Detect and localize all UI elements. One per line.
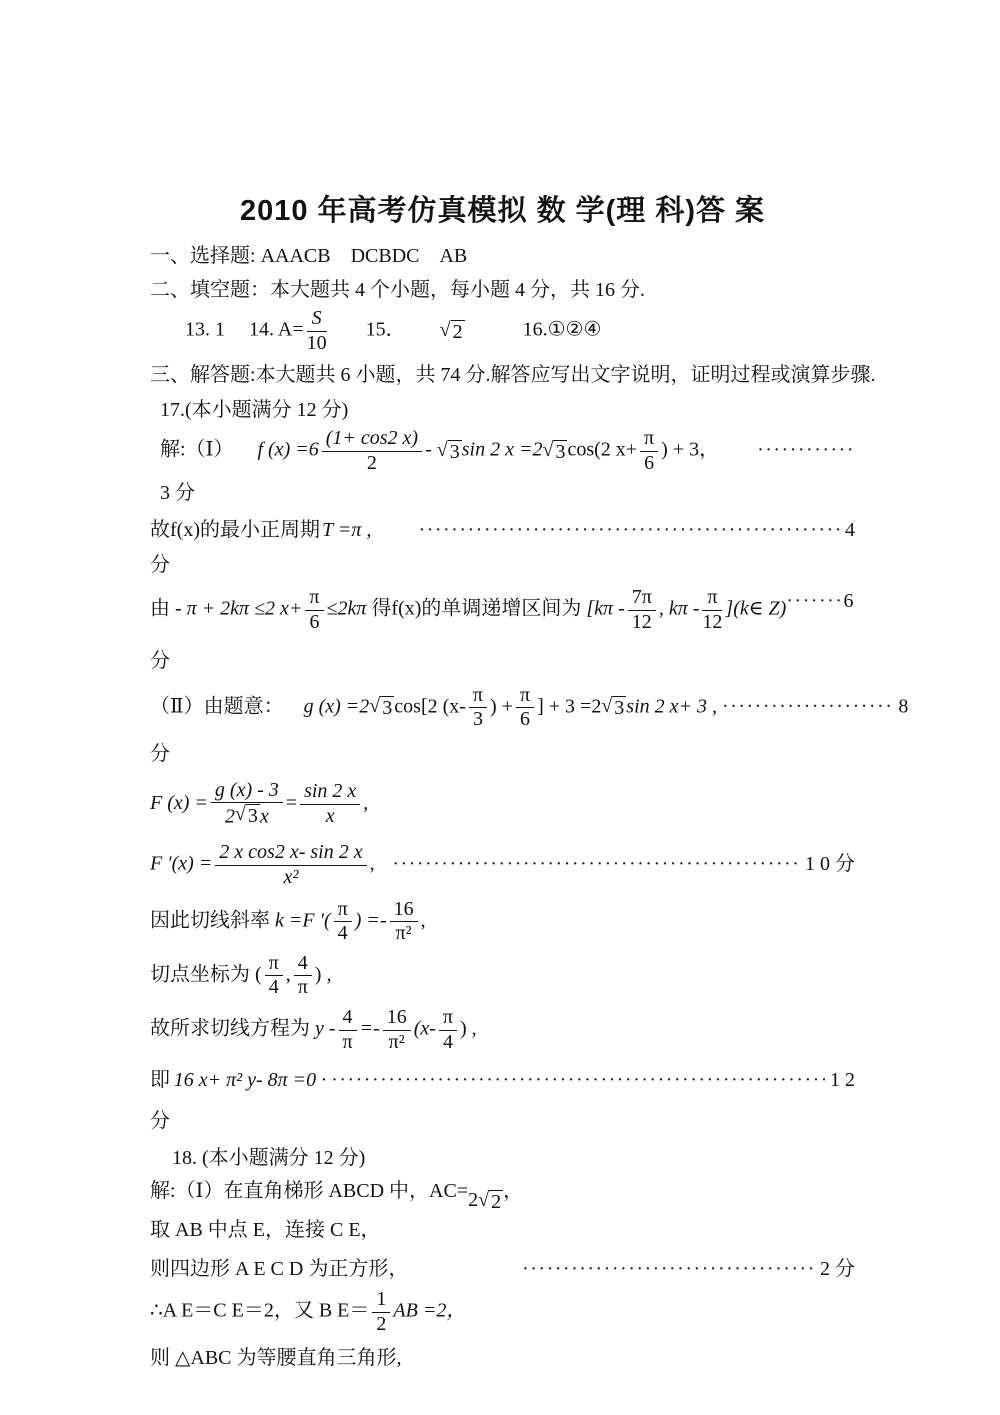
math-run: 2 bbox=[225, 806, 235, 828]
page-title: 2010 年高考仿真模拟 数 学(理 科)答 案 bbox=[150, 188, 855, 229]
sqrt-expression: √3 bbox=[601, 696, 626, 720]
answer-13: 13. 1 bbox=[185, 319, 225, 341]
leader-dots: ········································… bbox=[419, 519, 840, 541]
frac-den: 6 bbox=[516, 708, 534, 731]
fraction: S10 bbox=[307, 308, 327, 354]
math-run: ( bbox=[255, 963, 262, 985]
math-run: ) + 3， bbox=[661, 439, 719, 461]
sqrt-expression: √3 bbox=[542, 440, 567, 464]
q18-line1: 解:（Ⅰ）在直角梯形 ABCD 中，AC=2√2， bbox=[150, 1178, 855, 1205]
frac-num: 1 bbox=[372, 1289, 390, 1313]
frac-den: x bbox=[300, 805, 360, 828]
score-label: 6 bbox=[843, 590, 853, 612]
sqrt-radicand: 3 bbox=[246, 804, 260, 828]
q17-step2-line: （Ⅱ）由题意： g (x) =2√3cos[2 (x-π3) +π6] + 3 … bbox=[150, 685, 855, 731]
document-page: 2010 年高考仿真模拟 数 学(理 科)答 案 一、选择题: AAACB DC… bbox=[0, 0, 1000, 1372]
q17-fen: 分 bbox=[150, 648, 855, 675]
math-run: , bbox=[286, 963, 291, 985]
fraction: π4 bbox=[334, 899, 352, 945]
coefficient: 2 bbox=[468, 1189, 478, 1211]
text-run: 由 bbox=[150, 598, 170, 620]
math-run: ] + 3 =2 bbox=[537, 695, 601, 717]
math-run: AB =2， bbox=[393, 1300, 466, 1322]
sqrt-symbol: √ bbox=[478, 1190, 489, 1211]
leader-dots: ········································… bbox=[522, 1258, 815, 1280]
fraction: π6 bbox=[305, 587, 323, 633]
frac-num: π bbox=[265, 953, 283, 977]
math-run: sin 2 x+ 3 , bbox=[626, 695, 717, 717]
frac-den: 10 bbox=[307, 332, 327, 355]
q17-fen: 分 bbox=[150, 552, 855, 579]
math-run: ) , bbox=[315, 963, 332, 985]
math-run: ≤2kπ bbox=[327, 598, 367, 620]
frac-den: 12 bbox=[702, 611, 722, 634]
sqrt-expression: √3 bbox=[437, 440, 462, 464]
math-run: cos(2 x+ bbox=[567, 439, 637, 461]
sqrt-symbol: √ bbox=[542, 440, 553, 461]
math-operator: = bbox=[286, 792, 297, 814]
score-label: 2 分 bbox=[820, 1252, 855, 1281]
frac-num: (1+ cos2 x) bbox=[322, 428, 422, 452]
fraction: π3 bbox=[469, 685, 487, 731]
fill-label: 二、填空题： bbox=[150, 279, 270, 301]
q17-final-line: 即 16 x+ π² y- 8π =0 · ··················… bbox=[150, 1063, 855, 1092]
q17-point-line: 切点坐标为 (π4,4π) , bbox=[150, 953, 855, 999]
q17-step1-line: 解:（Ⅰ） f (x) =6(1+ cos2 x)2- √3sin 2 x =2… bbox=[150, 428, 855, 474]
q18-line5: 则 △ABC 为等腰直角三角形, bbox=[150, 1345, 855, 1372]
q17-header-text: 17.(本小题满分 12 分) bbox=[160, 399, 348, 421]
score-label: 4 bbox=[845, 519, 855, 542]
frac-num: π bbox=[305, 587, 323, 611]
text-run: 即 bbox=[150, 1063, 170, 1092]
math-run: ) =- bbox=[355, 909, 387, 931]
answer-14-label: 14. A= bbox=[249, 319, 304, 341]
frac-den: 12 bbox=[628, 611, 656, 634]
frac-num: π bbox=[334, 899, 352, 923]
math-run: - π + 2kπ ≤2 x+ bbox=[175, 598, 302, 620]
score-unit: 分 bbox=[150, 650, 170, 672]
frac-den: 3 bbox=[469, 708, 487, 731]
math-run: , bbox=[421, 909, 426, 931]
text-run: 解:（Ⅰ）在直角梯形 ABCD 中，AC= bbox=[150, 1180, 468, 1202]
frac-num: 16 bbox=[383, 1007, 411, 1031]
frac-den: 4 bbox=[439, 1031, 457, 1054]
fraction: 2 x cos2 x- sin 2 xx² bbox=[215, 842, 366, 888]
frac-num: π bbox=[640, 428, 658, 452]
text-run: 因此切线斜率 bbox=[150, 909, 270, 931]
math-run: T =π , bbox=[322, 519, 371, 542]
text-run: ∴A E＝C E＝2，又 B E＝ bbox=[150, 1300, 369, 1322]
solution-prefix: 解:（Ⅰ） bbox=[160, 439, 233, 461]
q17-F-line: F (x) =g (x) - 32√3x=sin 2 xx, bbox=[150, 780, 855, 829]
text-run: 则 △ABC 为等腰直角三角形, bbox=[150, 1347, 402, 1369]
frac-num: 4 bbox=[339, 1007, 357, 1031]
choice-answers: AAACB DCBDC AB bbox=[261, 245, 468, 267]
text-run: 则四边形 A E C D 为正方形， bbox=[150, 1252, 408, 1281]
math-run: F ′(x) = bbox=[150, 853, 212, 875]
score-unit: 分 bbox=[150, 554, 170, 576]
q17-Fprime-formula: F ′(x) =2 x cos2 x- sin 2 xx², bbox=[150, 842, 375, 888]
sqrt-symbol: √ bbox=[235, 804, 246, 825]
q18-line4: ∴A E＝C E＝2，又 B E＝12AB =2， bbox=[150, 1289, 855, 1335]
solve-desc: 本大题共 6 小题，共 74 分.解答应写出文字说明，证明过程或演算步骤. bbox=[256, 364, 876, 386]
frac-den: x² bbox=[215, 866, 366, 889]
q17-header: 17.(本小题满分 12 分) bbox=[150, 397, 855, 424]
sqrt-symbol: √ bbox=[440, 320, 451, 341]
sqrt-radicand: 3 bbox=[448, 440, 462, 464]
fraction: g (x) - 32√3x bbox=[211, 780, 283, 829]
text-run: （Ⅱ）由题意： bbox=[150, 695, 284, 717]
frac-num: π bbox=[469, 685, 487, 709]
answer-16: 16.①②④ bbox=[523, 319, 602, 341]
q18-header-text: 18. (本小题满分 12 分) bbox=[172, 1147, 365, 1169]
text-run: 故f(x)的最小正周期 bbox=[150, 513, 320, 542]
score-label: 1 2 bbox=[830, 1069, 855, 1092]
text-run: 得f(x)的单调递增区间为 bbox=[371, 598, 581, 620]
score-label: 1 0 分 bbox=[805, 847, 855, 876]
solve-section: 三、解答题:本大题共 6 小题，共 74 分.解答应写出文字说明，证明过程或演算… bbox=[150, 362, 855, 389]
frac-den: 2√3x bbox=[211, 803, 283, 828]
fill-desc: 本大题共 4 个小题，每小题 4 分，共 16 分. bbox=[270, 279, 645, 301]
q17-step1-formula: 解:（Ⅰ） f (x) =6(1+ cos2 x)2- √3sin 2 x =2… bbox=[160, 428, 719, 474]
fraction: sin 2 xx bbox=[300, 781, 360, 827]
answer-15-label: 15． bbox=[366, 319, 406, 341]
fraction: 12 bbox=[372, 1289, 390, 1335]
text-run: 切点坐标为 bbox=[150, 963, 250, 985]
frac-num: π bbox=[516, 685, 534, 709]
fraction: π4 bbox=[439, 1007, 457, 1053]
frac-den: 6 bbox=[305, 611, 323, 634]
q18-header: 18. (本小题满分 12 分) bbox=[150, 1145, 855, 1172]
math-run: =- bbox=[360, 1018, 380, 1040]
frac-den: 2 bbox=[372, 1313, 390, 1336]
score-label: 8 bbox=[898, 695, 908, 717]
q17-score-3: 3 分 bbox=[150, 480, 855, 507]
leader-dots: ············ bbox=[757, 439, 855, 462]
score-unit: 分 bbox=[150, 1110, 170, 1132]
math-run: ](k∈ Z) bbox=[725, 598, 786, 620]
choice-section: 一、选择题: AAACB DCBDC AB bbox=[150, 243, 855, 270]
frac-num: 4 bbox=[294, 953, 312, 977]
fraction: 4π bbox=[339, 1007, 357, 1053]
math-run: cos[2 (x- bbox=[394, 695, 466, 717]
q17-slope-line: 因此切线斜率 k =F ′(π4) =-16π², bbox=[150, 899, 855, 945]
math-run: x bbox=[260, 806, 269, 828]
score-unit: 分 bbox=[150, 743, 170, 765]
leader-dots: ········································… bbox=[392, 853, 800, 875]
fill-answers-row: 13. 1 14. A=S10 15． √2 16.①②④ bbox=[150, 308, 855, 354]
score-label: 3 分 bbox=[160, 482, 195, 504]
math-run: f (x) =6 bbox=[257, 439, 318, 461]
leader-dots: ····················· bbox=[722, 695, 893, 717]
frac-num: sin 2 x bbox=[300, 781, 360, 805]
fraction: π6 bbox=[516, 685, 534, 731]
sqrt-symbol: √ bbox=[437, 440, 448, 461]
sqrt-expression: √2 bbox=[440, 320, 465, 344]
solve-label: 三、解答题: bbox=[150, 364, 256, 386]
frac-den: π bbox=[339, 1031, 357, 1054]
frac-num: S bbox=[307, 308, 327, 332]
frac-den: 6 bbox=[640, 452, 658, 475]
frac-num: π bbox=[702, 587, 722, 611]
math-run: , bbox=[363, 792, 368, 814]
frac-num: 2 x cos2 x- sin 2 x bbox=[215, 842, 366, 866]
q18-line2: 取 AB 中点 E，连接 C E， bbox=[150, 1217, 855, 1244]
frac-den: π² bbox=[383, 1031, 411, 1054]
q17-fen: 分 bbox=[150, 1108, 855, 1135]
math-run: k =F ′( bbox=[275, 909, 331, 931]
frac-den: 4 bbox=[334, 922, 352, 945]
text-run: 取 AB 中点 E，连接 C E， bbox=[150, 1219, 381, 1241]
math-run: sin 2 x =2 bbox=[462, 439, 543, 461]
sqrt-radicand: 3 bbox=[612, 696, 626, 720]
fraction: 7π12 bbox=[628, 587, 656, 633]
q17-Fprime-line: F ′(x) =2 x cos2 x- sin 2 xx², ·········… bbox=[150, 842, 855, 888]
sqrt-symbol: √ bbox=[369, 696, 380, 717]
math-run: 2√2 bbox=[468, 1189, 503, 1211]
frac-num: g (x) - 3 bbox=[211, 780, 283, 804]
choice-label: 一、选择题: bbox=[150, 245, 256, 267]
q17-fen: 分 bbox=[150, 741, 855, 768]
fraction: 16π² bbox=[390, 899, 418, 945]
sqrt-expression: √2 bbox=[478, 1190, 503, 1214]
fraction: 16π² bbox=[383, 1007, 411, 1053]
sqrt-radicand: 3 bbox=[553, 440, 567, 464]
frac-num: 16 bbox=[390, 899, 418, 923]
fraction: 4π bbox=[294, 953, 312, 999]
fraction: (1+ cos2 x)2 bbox=[322, 428, 422, 474]
leader-dots: ······· bbox=[786, 590, 843, 612]
leader-dots: ········································… bbox=[331, 1069, 825, 1091]
fraction: π12 bbox=[702, 587, 722, 633]
frac-den: π bbox=[294, 976, 312, 999]
frac-num: π bbox=[439, 1007, 457, 1031]
text-run: 故所求切线方程为 bbox=[150, 1018, 310, 1040]
q18-line3: 则四边形 A E C D 为正方形， ·····················… bbox=[150, 1252, 855, 1281]
q17-tangent-line: 故所求切线方程为 y -4π=-16π²(x-π4) , bbox=[150, 1007, 855, 1053]
frac-den: 2 bbox=[322, 452, 422, 475]
frac-den: 4 bbox=[265, 976, 283, 999]
sqrt-symbol: √ bbox=[601, 696, 612, 717]
math-run: , kπ - bbox=[659, 598, 700, 620]
math-operator: - bbox=[425, 439, 432, 461]
fraction: π6 bbox=[640, 428, 658, 474]
q17-monotonic-line: 由 - π + 2kπ ≤2 x+π6≤2kπ 得f(x)的单调递增区间为 [k… bbox=[150, 587, 855, 633]
punctuation: ， bbox=[503, 1180, 523, 1202]
math-run: 16 x+ π² y- 8π =0 · bbox=[174, 1069, 326, 1092]
math-run: (x- bbox=[414, 1018, 436, 1040]
math-run: ) + bbox=[490, 695, 513, 717]
sqrt-radicand: 2 bbox=[451, 320, 465, 344]
math-run: , bbox=[370, 853, 375, 875]
sqrt-radicand: 2 bbox=[489, 1190, 503, 1214]
sqrt-radicand: 3 bbox=[380, 696, 394, 720]
math-run: y - bbox=[315, 1018, 336, 1040]
fraction: π4 bbox=[265, 953, 283, 999]
q17-period-line: 故f(x)的最小正周期 T =π , ·····················… bbox=[150, 513, 855, 542]
frac-den: π² bbox=[390, 922, 418, 945]
math-run: [kπ - bbox=[586, 598, 624, 620]
sqrt-expression: √3 bbox=[369, 696, 394, 720]
math-run: g (x) =2 bbox=[304, 695, 370, 717]
math-run: ) , bbox=[460, 1018, 477, 1040]
fill-section: 二、填空题：本大题共 4 个小题，每小题 4 分，共 16 分. bbox=[150, 277, 855, 304]
math-run: F (x) = bbox=[150, 792, 208, 814]
sqrt-expression: √3 bbox=[235, 804, 260, 828]
frac-num: 7π bbox=[628, 587, 656, 611]
